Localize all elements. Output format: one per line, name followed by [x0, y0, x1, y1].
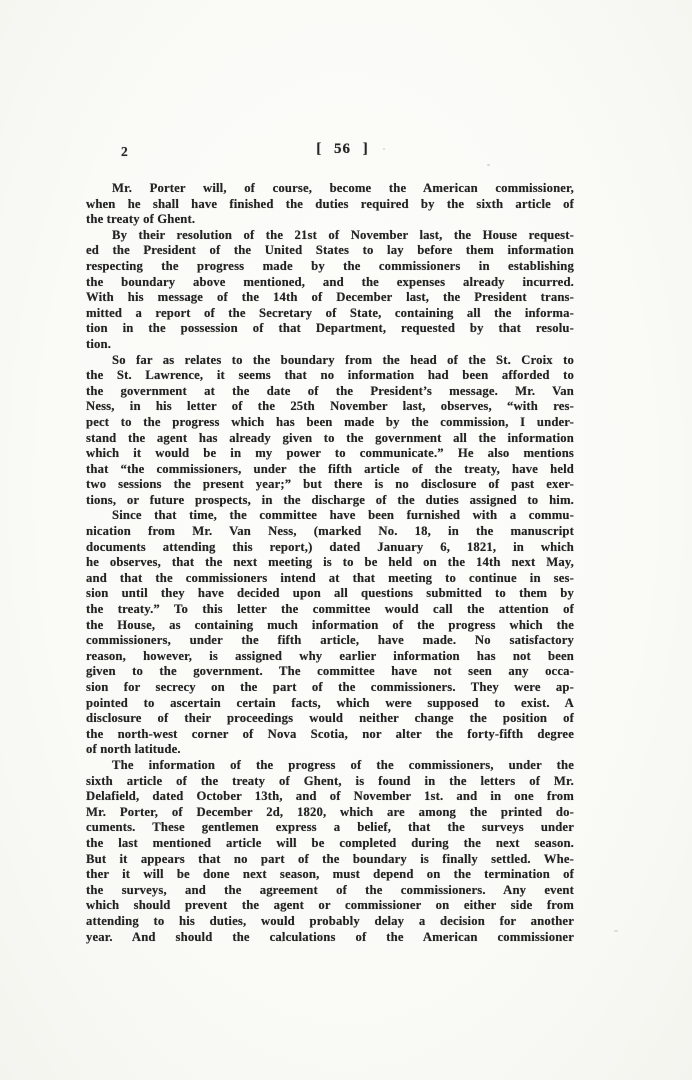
text-line: Mr. Porter will, of course, become the A… [86, 181, 574, 197]
text-line: tions, or future prospects, in the disch… [86, 493, 574, 509]
text-line: But it appears that no part of the bound… [86, 852, 574, 868]
ink-smudge-artifact [268, 928, 348, 950]
paper-speck [487, 164, 490, 166]
document-page: 2 [ 56 ] Mr. Porter will, of course, bec… [0, 0, 692, 1080]
text-line: With his message of the 14th of December… [86, 290, 574, 306]
text-line: which it would be in my power to communi… [86, 446, 574, 462]
text-line: the St. Lawrence, it seems that no infor… [86, 368, 574, 384]
paragraph: By their resolution of the 21st of Novem… [86, 228, 574, 353]
text-line: pect to the progress which has been made… [86, 415, 574, 431]
text-line: ed the President of the United States to… [86, 243, 574, 259]
text-line: disclosure of their proceedings would ne… [86, 711, 574, 727]
text-line: ther it will be done next season, must d… [86, 867, 574, 883]
text-line: the north-west corner of Nova Scotia, no… [86, 727, 574, 743]
text-line: the treaty of Ghent. [86, 212, 574, 228]
text-line: that “the commissioners, under the fifth… [86, 462, 574, 478]
text-line: The information of the progress of the c… [86, 758, 574, 774]
text-line: tion. [86, 337, 574, 353]
text-line: the treaty.” To this letter the committe… [86, 602, 574, 618]
text-line: stand the agent has already given to the… [86, 431, 574, 447]
text-line: By their resolution of the 21st of Novem… [86, 228, 574, 244]
text-line: the government at the date of the Presid… [86, 384, 574, 400]
paragraph: Since that time, the committee have been… [86, 508, 574, 758]
paper-speck [383, 148, 385, 150]
page-text: Mr. Porter will, of course, become the A… [86, 181, 574, 945]
text-line: the boundary above mentioned, and the ex… [86, 275, 574, 291]
text-line: sixth article of the treaty of Ghent, is… [86, 774, 574, 790]
text-line: mitted a report of the Secretary of Stat… [86, 306, 574, 322]
text-line: tion in the possession of that Departmen… [86, 321, 574, 337]
folio-number: [ 56 ] [98, 141, 587, 158]
paragraph: The information of the progress of the c… [86, 758, 574, 945]
text-line: when he shall have finished the duties r… [86, 197, 574, 213]
text-line: pointed to ascertain certain facts, whic… [86, 696, 574, 712]
text-line: the surveys, and the agreement of the co… [86, 883, 574, 899]
text-line: and that the commissioners intend at tha… [86, 571, 574, 587]
text-line: nication from Mr. Van Ness, (marked No. … [86, 524, 574, 540]
text-line: of north latitude. [86, 742, 574, 758]
text-line: sion until they have decided upon all qu… [86, 586, 574, 602]
paragraph: Mr. Porter will, of course, become the A… [86, 181, 574, 228]
text-line: Delafield, dated October 13th, and of No… [86, 789, 574, 805]
text-line: reason, however, is assigned why earlier… [86, 649, 574, 665]
paper-speck [614, 930, 618, 932]
text-line: So far as relates to the boundary from t… [86, 353, 574, 369]
paragraph: So far as relates to the boundary from t… [86, 353, 574, 509]
text-line: sion for secrecy on the part of the comm… [86, 680, 574, 696]
text-line: commissioners, under the fifth article, … [86, 633, 574, 649]
text-line: Mr. Porter, of December 2d, 1820, which … [86, 805, 574, 821]
text-line: which should prevent the agent or commis… [86, 898, 574, 914]
text-line: the House, as containing much informatio… [86, 618, 574, 634]
text-line: cuments. These gentlemen express a belie… [86, 820, 574, 836]
text-line: Ness, in his letter of the 25th November… [86, 399, 574, 415]
text-line: he observes, that the next meeting is to… [86, 555, 574, 571]
text-line: respecting the progress made by the comm… [86, 259, 574, 275]
text-line: two sessions the present year;” but ther… [86, 477, 574, 493]
text-line: Since that time, the committee have been… [86, 508, 574, 524]
text-line: given to the government. The committee h… [86, 664, 574, 680]
text-line: the last mentioned article will be compl… [86, 836, 574, 852]
text-line: documents attending this report,) dated … [86, 540, 574, 556]
